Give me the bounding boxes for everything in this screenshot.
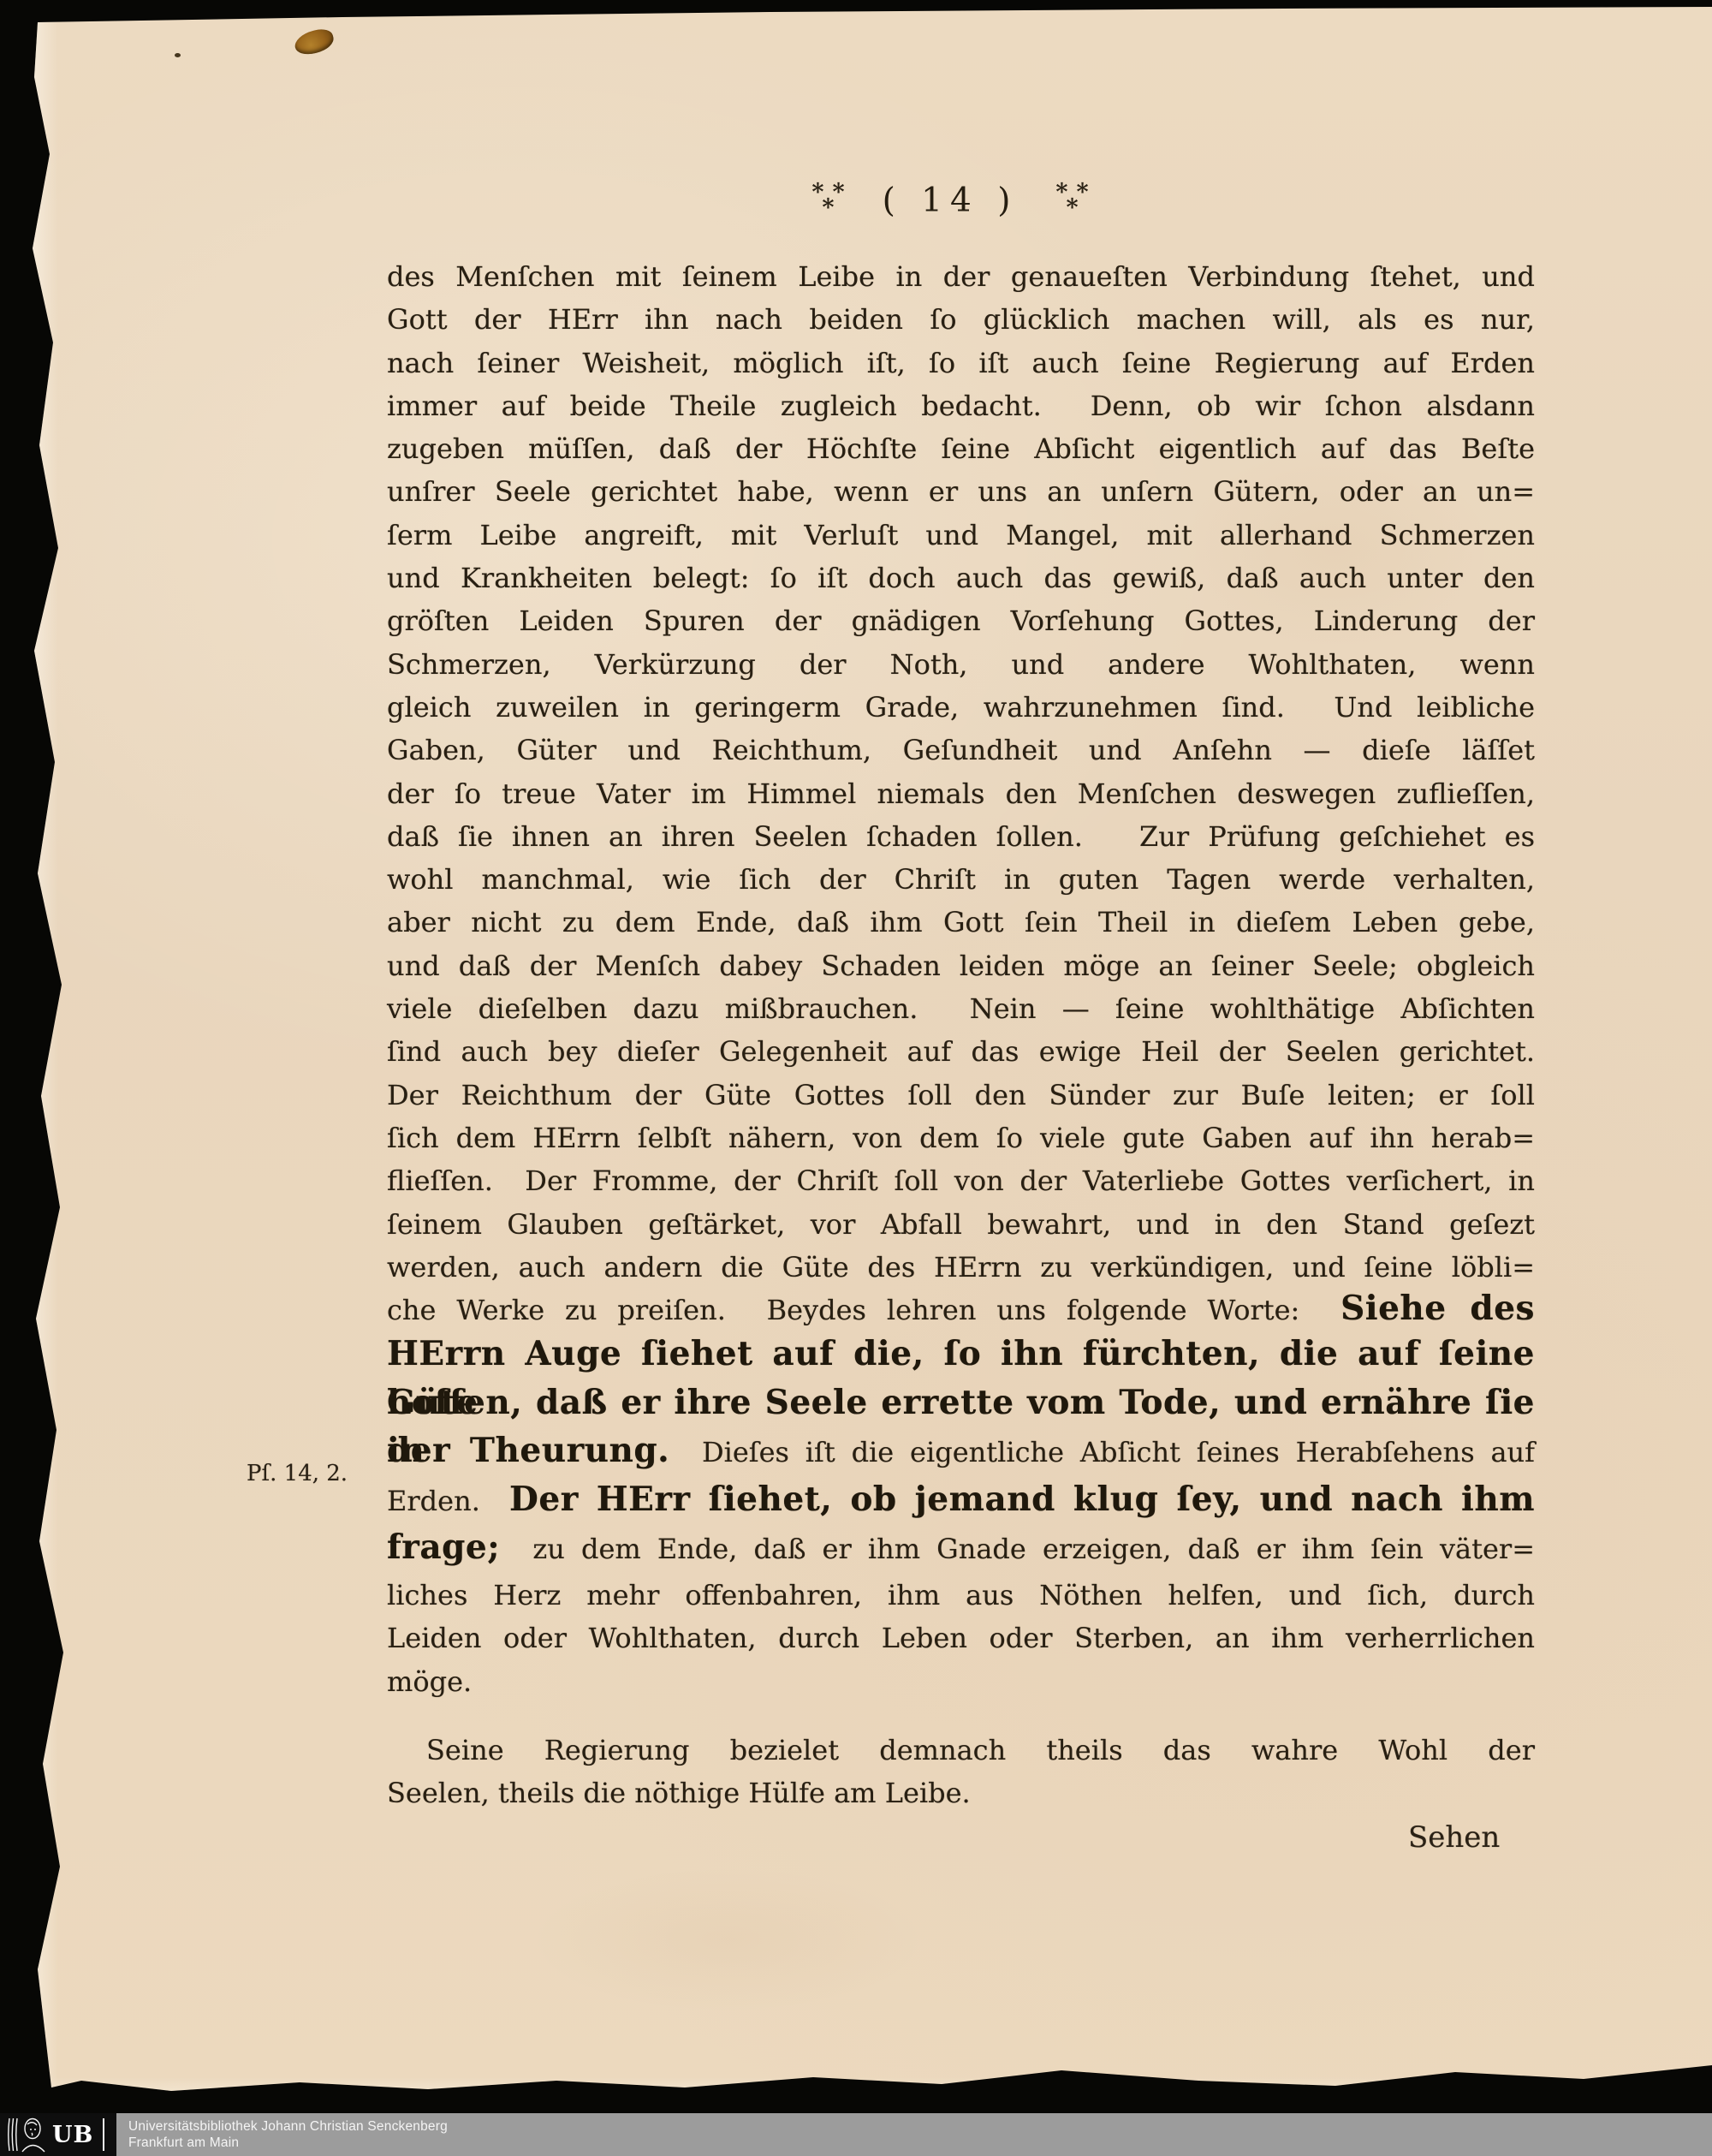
page-number: ( 14 ) bbox=[883, 182, 1019, 220]
ub-library-logo: UB bbox=[0, 2113, 116, 2156]
margin-note-psalm-reference: Pſ. 14, 2. bbox=[247, 1461, 383, 1486]
text-line: möge. bbox=[387, 1660, 1535, 1703]
text-line: che Werke zu preiſen. Beydes lehren uns … bbox=[387, 1289, 1535, 1331]
paragraph: Seine Regierung bezielet demnach theils … bbox=[387, 1729, 1535, 1815]
text-line: Schmerzen, Verkürzung der Noth, und ande… bbox=[387, 643, 1535, 686]
paper-stain bbox=[531, 1867, 924, 2012]
text-line: viele dieſelben dazu mißbrauchen. Nein —… bbox=[387, 987, 1535, 1030]
scanned-book-page-photo: ** * ( 14 ) ** * Pſ. 14, 2. des Menſchen… bbox=[0, 0, 1712, 2156]
page-header: ** * ( 14 ) ** * bbox=[762, 170, 1138, 231]
text-line: hoffen, daß er ihre Seele errette vom To… bbox=[387, 1380, 1535, 1429]
asterisk-icon: * bbox=[822, 194, 834, 221]
text-line: ſich dem HErrn ſelbſt nähern, von dem ſo… bbox=[387, 1117, 1535, 1159]
text-line: nach ſeiner Weisheit, möglich iſt, ſo iſ… bbox=[387, 342, 1535, 384]
library-logo-graphic bbox=[7, 2116, 48, 2153]
text-line: ſind auch bey dieſer Gelegenheit auf das… bbox=[387, 1030, 1535, 1073]
text-line: HErrn Auge ſiehet auf die, ſo ihn fürcht… bbox=[387, 1331, 1535, 1380]
text-line: der ſo treue Vater im Himmel niemals den… bbox=[387, 772, 1535, 815]
text-line: immer auf beide Theile zugleich bedacht.… bbox=[387, 384, 1535, 427]
library-name: Universitätsbibliothek Johann Christian … bbox=[128, 2118, 448, 2135]
text-line: flieſſen. Der Fromme, der Chriſt ſoll vo… bbox=[387, 1159, 1535, 1202]
text-line: gröſten Leiden Spuren der gnädigen Vorſe… bbox=[387, 599, 1535, 642]
library-city: Frankfurt am Main bbox=[128, 2135, 448, 2151]
text-line: Seelen, theils die nöthige Hülfe am Leib… bbox=[387, 1772, 1535, 1814]
text-line: der Theurung. Dieſes iſt die eigentliche… bbox=[387, 1428, 1535, 1477]
text-line: daß ſie ihnen an ihren Seelen ſchaden ſo… bbox=[387, 815, 1535, 858]
text-line: Der Reichthum der Güte Gottes ſoll den S… bbox=[387, 1074, 1535, 1117]
ub-logo-text: UB bbox=[52, 2122, 93, 2148]
text-line: zugeben müſſen, daß der Höchſte ſeine Ab… bbox=[387, 427, 1535, 470]
ink-speck bbox=[175, 53, 181, 57]
text-line: Gaben, Güter und Reichthum, Geſundheit u… bbox=[387, 729, 1535, 771]
text-line: Seine Regierung bezielet demnach theils … bbox=[387, 1729, 1535, 1772]
text-line: Erden. Der HErr ſiehet, ob jemand klug ſ… bbox=[387, 1477, 1535, 1526]
text-line: des Menſchen mit ſeinem Leibe in der gen… bbox=[387, 255, 1535, 298]
text-line: aber nicht zu dem Ende, daß ihm Gott ſei… bbox=[387, 901, 1535, 944]
paragraph: des Menſchen mit ſeinem Leibe in der gen… bbox=[387, 255, 1535, 1703]
library-footer-bar: UB Universitätsbibliothek Johann Christi… bbox=[0, 2113, 1712, 2156]
text-line: unſrer Seele gerichtet habe, wenn er uns… bbox=[387, 470, 1535, 513]
text-line: ſeinem Glauben geſtärket, vor Abfall bew… bbox=[387, 1203, 1535, 1246]
library-credit: Universitätsbibliothek Johann Christian … bbox=[128, 2113, 448, 2156]
asterisk-icon: * bbox=[832, 179, 853, 205]
text-line: und Krankheiten belegt: ſo iſt doch auch… bbox=[387, 557, 1535, 599]
asterisk-icon: * bbox=[1077, 179, 1097, 205]
asterisk-icon: * bbox=[1066, 194, 1078, 221]
ornament-asterisks-left: ** * bbox=[803, 184, 853, 217]
ornament-asterisks-right: ** * bbox=[1047, 184, 1097, 217]
wormhole-speck bbox=[293, 27, 336, 57]
text-line: ſerm Leibe angreift, mit Verluſt und Man… bbox=[387, 514, 1535, 557]
text-line: werden, auch andern die Güte des HErrn z… bbox=[387, 1246, 1535, 1289]
text-line: Gott der HErr ihn nach beiden ſo glückli… bbox=[387, 298, 1535, 341]
text-line: liches Herz mehr offenbahren, ihm aus Nö… bbox=[387, 1574, 1535, 1617]
text-line: Leiden oder Wohlthaten, durch Leben oder… bbox=[387, 1617, 1535, 1659]
body-text: des Menſchen mit ſeinem Leibe in der gen… bbox=[387, 255, 1535, 1814]
logo-separator bbox=[103, 2118, 104, 2151]
text-line: und daß der Menſch dabey Schaden leiden … bbox=[387, 944, 1535, 987]
text-line: wohl manchmal, wie ſich der Chriſt in gu… bbox=[387, 858, 1535, 901]
text-line: gleich zuweilen in geringerm Grade, wahr… bbox=[387, 686, 1535, 729]
text-line: frage; zu dem Ende, daß er ihm Gnade erz… bbox=[387, 1525, 1535, 1574]
catchword: Sehen bbox=[1408, 1820, 1500, 1855]
